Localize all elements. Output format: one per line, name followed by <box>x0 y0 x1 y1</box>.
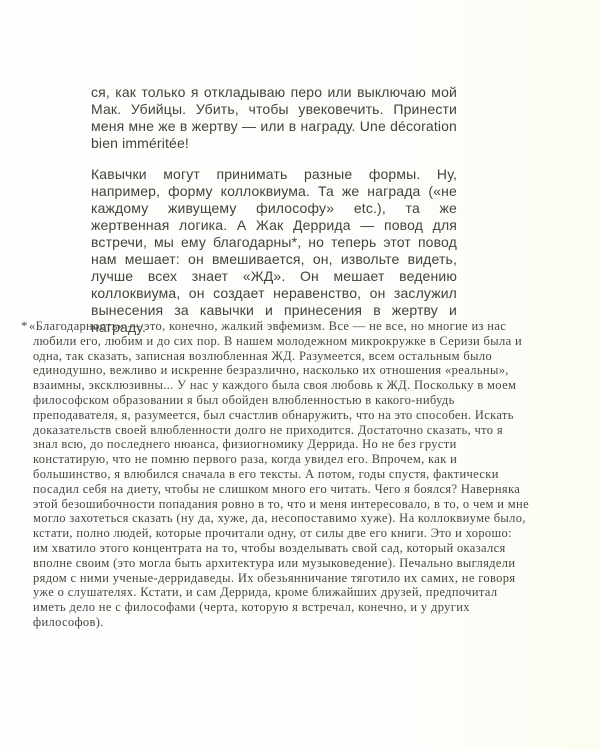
body-paragraph-1: ся, как только я откладываю перо или вык… <box>91 84 457 152</box>
book-page: ся, как только я откладываю перо или вык… <box>0 0 600 750</box>
footnote-body: *«Благодарность» — это, конечно, жалкий … <box>21 319 529 630</box>
main-text-column: ся, как только я откладываю перо или вык… <box>91 84 457 336</box>
footnote-text: «Благодарность» — это, конечно, жалкий э… <box>29 319 529 629</box>
footnote-marker: * <box>21 319 29 334</box>
footnote: *«Благодарность» — это, конечно, жалкий … <box>21 319 529 630</box>
body-paragraph-2: Кавычки могут принимать разные формы. Ну… <box>91 166 457 336</box>
